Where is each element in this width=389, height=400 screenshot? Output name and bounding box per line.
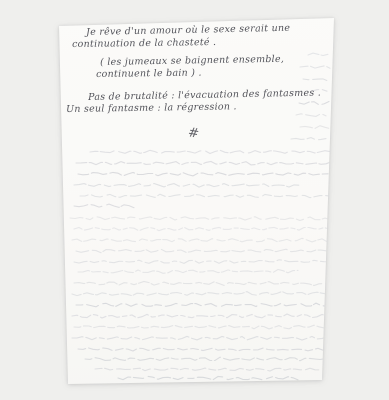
bleedthrough-stroke <box>72 336 327 340</box>
bleedthrough-stroke <box>76 303 331 307</box>
bleedthrough-stroke <box>300 126 330 129</box>
photo-of-manuscript: Je rêve d'un amour où le sexe serait une… <box>0 0 389 400</box>
bleedthrough-stroke <box>95 368 320 371</box>
bleedthrough-stroke <box>74 204 134 208</box>
bleedthrough-stroke <box>78 348 328 351</box>
bleedthrough-stroke <box>74 227 329 231</box>
bleedthrough-stroke <box>118 376 298 380</box>
bleedthrough-stroke <box>72 314 332 318</box>
bleedthrough-stroke <box>78 172 328 176</box>
bleedthrough-stroke <box>74 325 329 329</box>
bleedthrough-stroke <box>296 114 326 117</box>
bleedthrough-stroke <box>85 357 325 361</box>
bleedthrough-stroke <box>72 238 327 242</box>
manuscript-content: Je rêve d'un amour où le sexe serait une… <box>0 0 389 400</box>
bleedthrough-stroke <box>74 184 299 188</box>
bleedthrough-stroke <box>74 282 329 286</box>
bleedthrough-stroke <box>72 292 332 296</box>
handwritten-line: continuent le bain ) . <box>96 68 202 80</box>
bleedthrough-stroke <box>291 138 326 140</box>
paragraph-separator-mark: # <box>187 125 200 142</box>
bleedthrough-stroke <box>76 249 331 253</box>
handwritten-line: continuation de la chasteté . <box>72 37 216 50</box>
bleedthrough-stroke <box>303 79 328 81</box>
bleedthrough-stroke <box>76 162 331 165</box>
bleedthrough-stroke <box>299 102 329 105</box>
bleedthrough-stroke <box>90 150 330 153</box>
bleedthrough-stroke <box>70 217 330 221</box>
bleedthrough-stroke <box>308 53 328 55</box>
bleedthrough-stroke <box>78 270 298 274</box>
bleedthrough-stroke <box>300 66 330 69</box>
bleedthrough-stroke <box>74 260 329 264</box>
bleedthrough-stroke <box>80 194 330 198</box>
